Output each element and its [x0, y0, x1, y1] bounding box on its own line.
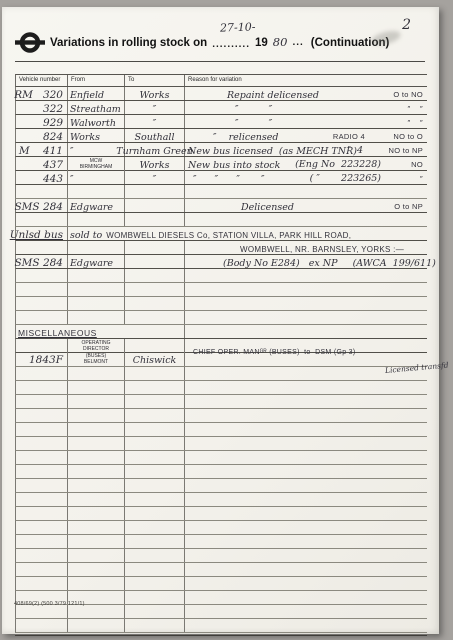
table-row: [15, 619, 427, 633]
scanned-form-page: 2 Variations in rolling stock on .......…: [2, 7, 439, 634]
note-lead-text: sold to: [68, 231, 102, 241]
table-row: [15, 367, 427, 381]
cell-reason: [185, 521, 427, 534]
date-handwritten: 27-10-: [220, 20, 256, 34]
table-row: [15, 409, 427, 423]
to-text: Chiswick: [133, 356, 177, 366]
cell-sale-note: sold toWOMBWELL DIESELS Co, STATION VILL…: [68, 227, 427, 240]
table-row: MISCELLANEOUS: [15, 325, 427, 339]
cell-vehicle: RM 320: [16, 87, 68, 100]
cell-vehicle: [16, 451, 68, 464]
cell-vehicle: 443: [16, 171, 68, 184]
cell-reason: [185, 451, 427, 464]
reason-text: ″ relicensed: [213, 133, 279, 143]
cell-reason: [185, 507, 427, 520]
cell-vehicle: [16, 521, 68, 534]
table-row: [15, 423, 427, 437]
table-row: [15, 451, 427, 465]
table-row: [15, 283, 427, 297]
table-row: [15, 549, 427, 563]
cell-reason: ″ ″″ ″: [185, 101, 427, 114]
table-row: [15, 297, 427, 311]
reason-annotation: ″ ″: [408, 119, 423, 127]
table-row: [15, 605, 427, 619]
cell-from: [68, 535, 125, 548]
cell-from: [68, 381, 125, 394]
cell-from: [68, 493, 125, 506]
year-dotted-line: ...: [292, 37, 303, 48]
cell-from: [68, 213, 125, 226]
cell-to: [125, 185, 185, 198]
cell-to: [125, 241, 185, 254]
cell-vehicle: [16, 241, 68, 254]
cell-to: [125, 619, 185, 632]
note-caps-text: WOMBWELL, NR. BARNSLEY, YORKS :—: [185, 246, 404, 254]
cell-reason: ″ relicensedRADIO 4NO to O: [185, 129, 427, 142]
cell-to: Southall: [125, 129, 185, 142]
table-body: RM 320EnfieldWorksRepaint delicensedO to…: [15, 87, 427, 633]
cell-reason: [185, 409, 427, 422]
cell-reason: [185, 591, 427, 604]
reason-text: CHIEF OPER. MANᴳᴿ (BUSES) to DSM (Gp 3): [193, 349, 355, 356]
cell-vehicle: [16, 185, 68, 198]
cell-from: [68, 269, 125, 282]
cell-reason: [185, 605, 427, 618]
table-row: 824WorksSouthall″ relicensedRADIO 4NO to…: [15, 129, 427, 143]
cell-reason: [185, 423, 427, 436]
cell-to: [125, 437, 185, 450]
cell-from: Edgware: [68, 199, 125, 212]
to-text: Works: [139, 161, 169, 171]
cell-from: [68, 297, 125, 310]
cell-reason: [185, 269, 427, 282]
london-transport-roundel-icon: [15, 31, 45, 54]
to-text: ″: [153, 119, 157, 129]
cell-from: [68, 549, 125, 562]
cell-to: [125, 563, 185, 576]
cell-vehicle: [16, 283, 68, 296]
cell-vehicle: 929: [16, 115, 68, 128]
cell-reason: [185, 185, 427, 198]
cell-to: [125, 325, 185, 338]
cell-reason: [185, 283, 427, 296]
cell-to: [125, 577, 185, 590]
note-caps-text: WOMBWELL DIESELS Co, STATION VILLA, PARK…: [106, 232, 351, 240]
cell-to: [125, 367, 185, 380]
cell-to: Works: [125, 157, 185, 171]
cell-vehicle: [16, 563, 68, 576]
reason-annotation: NO to NP: [389, 147, 424, 155]
cell-to: [125, 605, 185, 618]
page-number: 2: [402, 17, 411, 33]
table-bottom-rule: [15, 635, 427, 636]
cell-reason: [185, 619, 427, 632]
table-row: 443″″″ ″ ″ ″( ″ 223265)″: [15, 171, 427, 185]
table-row: [15, 213, 427, 227]
reason-text: New bus licensed (as MECH TNR): [188, 147, 357, 157]
cell-from: [68, 353, 125, 366]
table-row: [15, 185, 427, 199]
cell-from: MCW BIRMINGHAM: [68, 157, 125, 171]
cell-from: [68, 185, 125, 198]
vehicle-text: M 411: [19, 146, 63, 157]
cell-vehicle: [16, 437, 68, 450]
vehicle-text: 322: [43, 104, 63, 115]
table-row: [15, 577, 427, 591]
table-row: RM 320EnfieldWorksRepaint delicensedO to…: [15, 87, 427, 101]
table-header-row: Vehicle number From To Reason for variat…: [15, 74, 427, 87]
reason-text: ″ ″ ″ ″: [193, 175, 265, 185]
cell-vehicle: [16, 353, 68, 366]
cell-reason: New bus into stock(Eng No 223228)NO: [185, 157, 427, 171]
cell-to: [125, 283, 185, 296]
cell-to: [125, 479, 185, 492]
from-text: Walworth: [68, 119, 116, 129]
cell-reason: [185, 479, 427, 492]
cell-vehicle: [16, 269, 68, 282]
cell-to: [125, 535, 185, 548]
table-row: WOMBWELL, NR. BARNSLEY, YORKS :—: [15, 241, 427, 255]
cell-reason: (Body No E284) ex NP (AWCA 199/611): [185, 255, 436, 268]
cell-vehicle: 322: [16, 101, 68, 114]
to-text: Southall: [134, 133, 174, 143]
cell-from: [68, 409, 125, 422]
table-row: [15, 479, 427, 493]
cell-vehicle: [16, 381, 68, 394]
vehicle-text: 443: [43, 174, 63, 185]
vehicle-text: Unlsd bus: [10, 230, 63, 241]
reason-text: Delicensed: [241, 203, 294, 213]
reason-annotation: O to NO: [393, 91, 423, 99]
table-row: [15, 535, 427, 549]
reason-annotation: ″: [420, 175, 423, 183]
cell-from: [68, 619, 125, 632]
cell-to: [125, 255, 185, 268]
cell-reason: [185, 465, 427, 478]
from-text: ″: [68, 147, 74, 157]
column-header-vehicle-number: Vehicle number: [16, 75, 68, 86]
cell-reason: WOMBWELL, NR. BARNSLEY, YORKS :—: [185, 241, 427, 254]
reason-text: Repaint delicensed: [227, 91, 319, 101]
cell-from: [68, 395, 125, 408]
reason-midnote: ( ″ 223265): [310, 174, 381, 184]
cell-to: [125, 507, 185, 520]
from-text: Edgware: [68, 259, 113, 269]
vehicle-text: 437: [43, 160, 63, 171]
table-row: Unlsd bussold toWOMBWELL DIESELS Co, STA…: [15, 227, 427, 241]
cell-to: [125, 493, 185, 506]
cell-to: [125, 521, 185, 534]
cell-reason: [185, 297, 427, 310]
table-row: [15, 563, 427, 577]
from-text: Edgware: [68, 203, 113, 213]
table-row: [15, 311, 427, 325]
cell-to: [125, 297, 185, 310]
reason-midnote: RADIO 4: [333, 133, 365, 141]
cell-reason: [185, 563, 427, 576]
from-text: Works: [68, 133, 100, 143]
table-row: [15, 521, 427, 535]
section-label: MISCELLANEOUS: [16, 328, 97, 338]
reason-annotation: NO: [411, 161, 423, 169]
table-row: [15, 465, 427, 479]
cell-reason: ″ ″″ ″: [185, 115, 427, 128]
cell-reason: ″ ″ ″ ″( ″ 223265)″: [185, 171, 427, 184]
cell-from: [68, 521, 125, 534]
cell-reason: New bus licensed (as MECH TNR)″ 4NO to N…: [185, 143, 427, 156]
cell-from: [68, 311, 125, 324]
cell-reason: [185, 493, 427, 506]
cell-to: [125, 311, 185, 324]
form-header: Variations in rolling stock on .........…: [15, 31, 429, 54]
table-row: 437MCW BIRMINGHAMWorksNew bus into stock…: [15, 157, 427, 171]
table-row: [15, 493, 427, 507]
cell-to: [125, 409, 185, 422]
cell-to: [125, 269, 185, 282]
cell-from: Works: [68, 129, 125, 142]
cell-to: ″: [125, 171, 185, 184]
to-text: ″: [153, 175, 157, 185]
reason-text: ″ ″: [235, 119, 272, 129]
cell-to: [125, 213, 185, 226]
cell-reason: [185, 535, 427, 548]
cell-reason: [185, 395, 427, 408]
cell-reason: [185, 381, 427, 394]
form-reference: 408/69(2) (500 3/79 121/1): [14, 601, 85, 607]
table-row: 1843FOPERATING DIRECTOR (BUSES) BELMONTC…: [15, 339, 427, 353]
date-field: .......... 27-10-: [212, 34, 250, 52]
table-row: [15, 507, 427, 521]
table-row: [15, 381, 427, 395]
cell-from: [68, 577, 125, 590]
cell-vehicle: SMS 284: [16, 255, 68, 268]
cell-vehicle: Unlsd bus: [16, 227, 68, 240]
cell-from: Edgware: [68, 255, 125, 268]
table-row: SMS 284EdgwareDelicensedO to NP: [15, 199, 427, 213]
cell-from: Enfield: [68, 87, 125, 100]
cell-to: [125, 199, 185, 212]
reason-annotation: ″ ″: [408, 105, 423, 113]
cell-from: [68, 465, 125, 478]
date-dotted-line: ..........: [212, 39, 250, 50]
table-row: 929Walworth″″ ″″ ″: [15, 115, 427, 129]
cell-vehicle: 824: [16, 129, 68, 142]
cell-reason: [185, 213, 427, 226]
cell-to: [125, 465, 185, 478]
from-text: MCW BIRMINGHAM: [68, 157, 124, 171]
cell-reason: [185, 311, 427, 324]
cell-to: [125, 395, 185, 408]
cell-vehicle: M 411: [16, 143, 68, 156]
vehicle-text: RM 320: [14, 90, 63, 101]
cell-vehicle: [16, 297, 68, 310]
cell-vehicle: [16, 535, 68, 548]
cell-vehicle: [16, 507, 68, 520]
cell-from: [68, 367, 125, 380]
column-header-reason: Reason for variation: [185, 75, 427, 86]
cell-to: ″: [125, 101, 185, 114]
header-rule: [15, 61, 425, 62]
cell-vehicle: [16, 549, 68, 562]
reason-annotation: NO to O: [393, 133, 423, 141]
to-text: Turnham Green: [116, 147, 192, 157]
cell-from: Streatham: [68, 101, 125, 114]
cell-to: [125, 423, 185, 436]
cell-from: [68, 241, 125, 254]
reason-text: New bus into stock: [188, 161, 280, 171]
cell-vehicle: [16, 409, 68, 422]
reason-text: ″ ″: [235, 105, 272, 115]
vehicle-text: SMS 284: [14, 258, 63, 269]
cell-vehicle: [16, 367, 68, 380]
table-row: [15, 437, 427, 451]
cell-to: Works: [125, 87, 185, 100]
cell-from: [68, 423, 125, 436]
year-prefix: 19: [255, 37, 268, 49]
cell-reason: Repaint delicensedO to NO: [185, 87, 427, 100]
vehicle-text: SMS 284: [14, 202, 63, 213]
cell-vehicle: SMS 284: [16, 199, 68, 212]
cell-to: [125, 381, 185, 394]
reason-midnote: (Eng No 223228): [295, 160, 381, 170]
table-row: 322Streatham″″ ″″ ″: [15, 101, 427, 115]
to-text: Works: [139, 91, 169, 101]
reason-text: (Body No E284) ex NP (AWCA 199/611): [223, 259, 436, 269]
from-text: Enfield: [68, 91, 104, 101]
cell-reason: [185, 325, 427, 338]
cell-vehicle: [16, 619, 68, 632]
reason-annotation: O to NP: [394, 203, 423, 211]
table-row: M 411″Turnham GreenNew bus licensed (as …: [15, 143, 427, 157]
cell-from: [68, 437, 125, 450]
cell-reason: [185, 437, 427, 450]
cell-to: ″: [125, 115, 185, 128]
to-text: ″: [153, 105, 157, 115]
cell-from: [68, 563, 125, 576]
cell-vehicle: [16, 465, 68, 478]
year-handwritten: 80: [273, 35, 288, 49]
cell-vehicle: [16, 479, 68, 492]
table-row: [15, 269, 427, 283]
cell-vehicle: [16, 213, 68, 226]
cell-vehicle: [16, 493, 68, 506]
cell-section: MISCELLANEOUS: [16, 325, 125, 338]
cell-to: [125, 549, 185, 562]
column-header-from: From: [68, 75, 125, 86]
cell-to: Chiswick: [125, 339, 185, 365]
cell-from: [68, 507, 125, 520]
cell-from: ″: [68, 171, 125, 184]
table-row: [15, 395, 427, 409]
cell-from: [68, 283, 125, 296]
cell-to: [125, 591, 185, 604]
cell-from: Walworth: [68, 115, 125, 128]
cell-vehicle: [16, 311, 68, 324]
vehicle-text: 929: [43, 118, 63, 129]
cell-to: [125, 451, 185, 464]
cell-from: [68, 451, 125, 464]
cell-vehicle: [16, 577, 68, 590]
cell-reason: [185, 549, 427, 562]
cell-vehicle: [16, 423, 68, 436]
cell-reason: [185, 577, 427, 590]
vehicle-text: 824: [43, 132, 63, 143]
table-row: SMS 284Edgware(Body No E284) ex NP (AWCA…: [15, 255, 427, 269]
form-title: Variations in rolling stock on: [50, 37, 207, 49]
cell-vehicle: 437: [16, 157, 68, 171]
from-text: Streatham: [68, 105, 121, 115]
cell-from: [68, 479, 125, 492]
cell-vehicle: [16, 395, 68, 408]
cell-reason: DelicensedO to NP: [185, 199, 427, 212]
from-text: ″: [68, 175, 74, 185]
variations-table: Vehicle number From To Reason for variat…: [15, 74, 427, 636]
cell-to: Turnham Green: [125, 143, 185, 156]
column-header-to: To: [125, 75, 185, 86]
